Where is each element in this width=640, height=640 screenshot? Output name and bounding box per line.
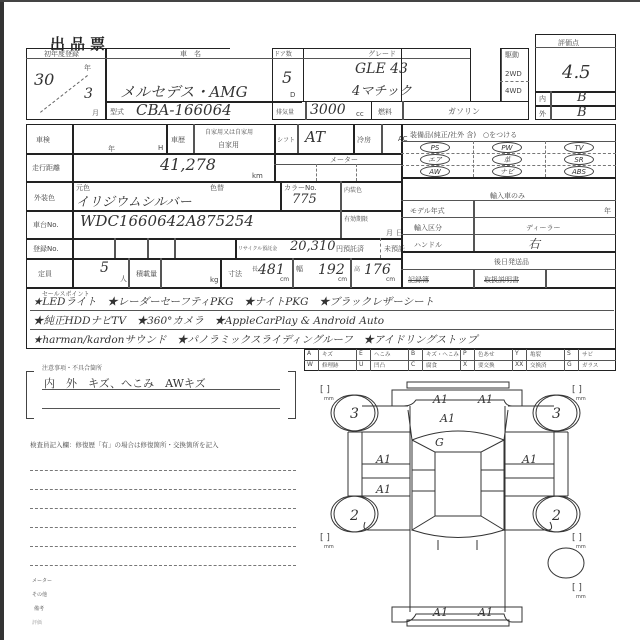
doors-value: 5 bbox=[282, 68, 292, 87]
inspector-label: 検査員記入欄：修復歴「有」の場合は修復箇所・交換箇所を記入 bbox=[30, 440, 219, 449]
history-value: 自家用 bbox=[218, 140, 239, 150]
tire-unit: mm bbox=[576, 544, 586, 550]
damage-mark: G bbox=[435, 436, 444, 449]
car-name-value: メルセデス・AMG bbox=[120, 81, 248, 102]
tire-depth-value: 3 bbox=[350, 406, 359, 422]
capacity-value: 5 bbox=[100, 260, 109, 276]
legend-meaning: へこみ bbox=[374, 350, 391, 358]
legend-meaning: サビ bbox=[582, 350, 593, 358]
legend-meaning: 亀裂 bbox=[530, 350, 541, 358]
tire-unit: mm bbox=[324, 396, 334, 402]
damage-mark: A1 bbox=[432, 606, 448, 619]
legend-code: Y bbox=[515, 350, 519, 357]
model-value: CBA-166064 bbox=[136, 101, 232, 119]
inspector-line bbox=[30, 470, 296, 471]
legend-code: X bbox=[463, 361, 467, 368]
grade-label: グレード bbox=[368, 49, 396, 59]
legend-meaning: 腐食 bbox=[426, 361, 437, 369]
tire-depth-value: 2 bbox=[551, 508, 561, 524]
tire-bracket: [ ] bbox=[320, 533, 330, 543]
car-damage-diagram: A1A1A1GA1A1A1A1A13322 [ ]mm[ ]mm[ ]mm[ ]… bbox=[300, 380, 640, 640]
legend-meaning: ガラス bbox=[582, 361, 598, 369]
damage-mark: A1 bbox=[375, 453, 391, 466]
interior-score: B bbox=[577, 90, 587, 105]
inspector-line bbox=[30, 489, 296, 490]
damage-mark: A1 bbox=[439, 412, 455, 425]
legend-code: E bbox=[359, 350, 363, 357]
inspector-line bbox=[30, 508, 296, 509]
equipment-item[interactable]: 革 bbox=[492, 154, 522, 165]
sales-point-line-1: ★LEDライト ★レーダーセーフティPKG ★ナイトPKG ★ブラックレザーシー… bbox=[33, 294, 434, 309]
first-registration-month: 3 bbox=[84, 86, 93, 102]
drive-option-4wd[interactable]: 4WD bbox=[505, 87, 522, 95]
drive-option-2wd[interactable]: 2WD bbox=[505, 70, 522, 78]
first-registration-label: 初年度登録 bbox=[44, 49, 79, 59]
sales-point-line-2: ★純正HDDナビTV ★360°カメラ ★AppleCarPlay & Andr… bbox=[33, 313, 384, 328]
car-name-label: 車 名 bbox=[180, 49, 201, 59]
displacement-value: 3000 bbox=[310, 102, 346, 118]
legend-meaning: 修理跡 bbox=[322, 361, 339, 369]
tire-unit: mm bbox=[576, 396, 586, 402]
color-code: 775 bbox=[292, 192, 317, 207]
legend-meaning: 色あせ bbox=[478, 350, 495, 358]
legend-code: G bbox=[567, 361, 572, 368]
vin-value: WDC1660642A875254 bbox=[80, 212, 254, 230]
mileage-value: 41,278 bbox=[160, 155, 216, 174]
inspector-line bbox=[30, 565, 296, 566]
tire-unit: mm bbox=[324, 544, 334, 550]
damage-mark: A1 bbox=[432, 393, 448, 406]
equipment-item[interactable]: ABS bbox=[564, 166, 594, 177]
equipment-item[interactable]: TV bbox=[564, 142, 594, 153]
equipment-item[interactable]: AW bbox=[420, 166, 450, 177]
scan-border-left bbox=[0, 0, 4, 640]
import-type-value: ディーラー bbox=[526, 223, 560, 233]
score-value: 4.5 bbox=[562, 62, 591, 83]
tire-unit: mm bbox=[576, 594, 586, 600]
fuel-value: ガソリン bbox=[448, 106, 480, 117]
legend-meaning: 要交換 bbox=[478, 361, 495, 369]
legend-code: W bbox=[307, 361, 313, 368]
tire-bracket: [ ] bbox=[572, 533, 582, 543]
legend-meaning: 凹凸 bbox=[374, 361, 385, 369]
handle-value: 右 bbox=[528, 235, 540, 252]
exterior-score: B bbox=[577, 105, 587, 120]
tire-bracket: [ ] bbox=[572, 583, 582, 593]
legend-code: XX bbox=[515, 361, 523, 368]
recycle-value: 20,310 bbox=[290, 239, 336, 254]
inspector-line bbox=[30, 527, 296, 528]
scan-border-top bbox=[0, 0, 640, 2]
damage-mark: A1 bbox=[477, 393, 493, 406]
inspector-line bbox=[30, 546, 296, 547]
legend-code: P bbox=[463, 350, 467, 357]
first-registration-year: 30 bbox=[34, 70, 54, 89]
legend-code: B bbox=[411, 350, 415, 357]
equipment-item[interactable]: PW bbox=[492, 142, 522, 153]
legend-meaning: キズ bbox=[322, 350, 333, 358]
tire-depth-value: 3 bbox=[552, 406, 561, 422]
legend-meaning: キズ・へこみ bbox=[426, 350, 459, 358]
tire-bracket: [ ] bbox=[572, 385, 582, 395]
equipment-item[interactable]: エア bbox=[420, 154, 450, 165]
color-value: イリジウムシルバー bbox=[76, 191, 192, 210]
legend-code: C bbox=[411, 361, 415, 368]
equipment-item[interactable]: SR bbox=[564, 154, 594, 165]
damage-mark: A1 bbox=[521, 453, 537, 466]
damage-mark: A1 bbox=[477, 606, 493, 619]
sales-point-line-3: ★harman/kardonサウンド ★パノラミックスライディングルーフ ★アイ… bbox=[33, 332, 477, 347]
tire-depth-value: 2 bbox=[349, 508, 359, 524]
legend-code: S bbox=[567, 350, 571, 357]
shift-value: AT bbox=[305, 128, 325, 146]
legend-code: U bbox=[359, 361, 363, 368]
equipment-item[interactable]: ナビ bbox=[492, 166, 522, 177]
legend-code: A bbox=[307, 350, 311, 357]
tire-bracket: [ ] bbox=[320, 385, 330, 395]
legend-meaning: 交換済 bbox=[530, 361, 547, 369]
damage-mark: A1 bbox=[375, 483, 391, 496]
equipment-item[interactable]: PS bbox=[420, 142, 450, 153]
